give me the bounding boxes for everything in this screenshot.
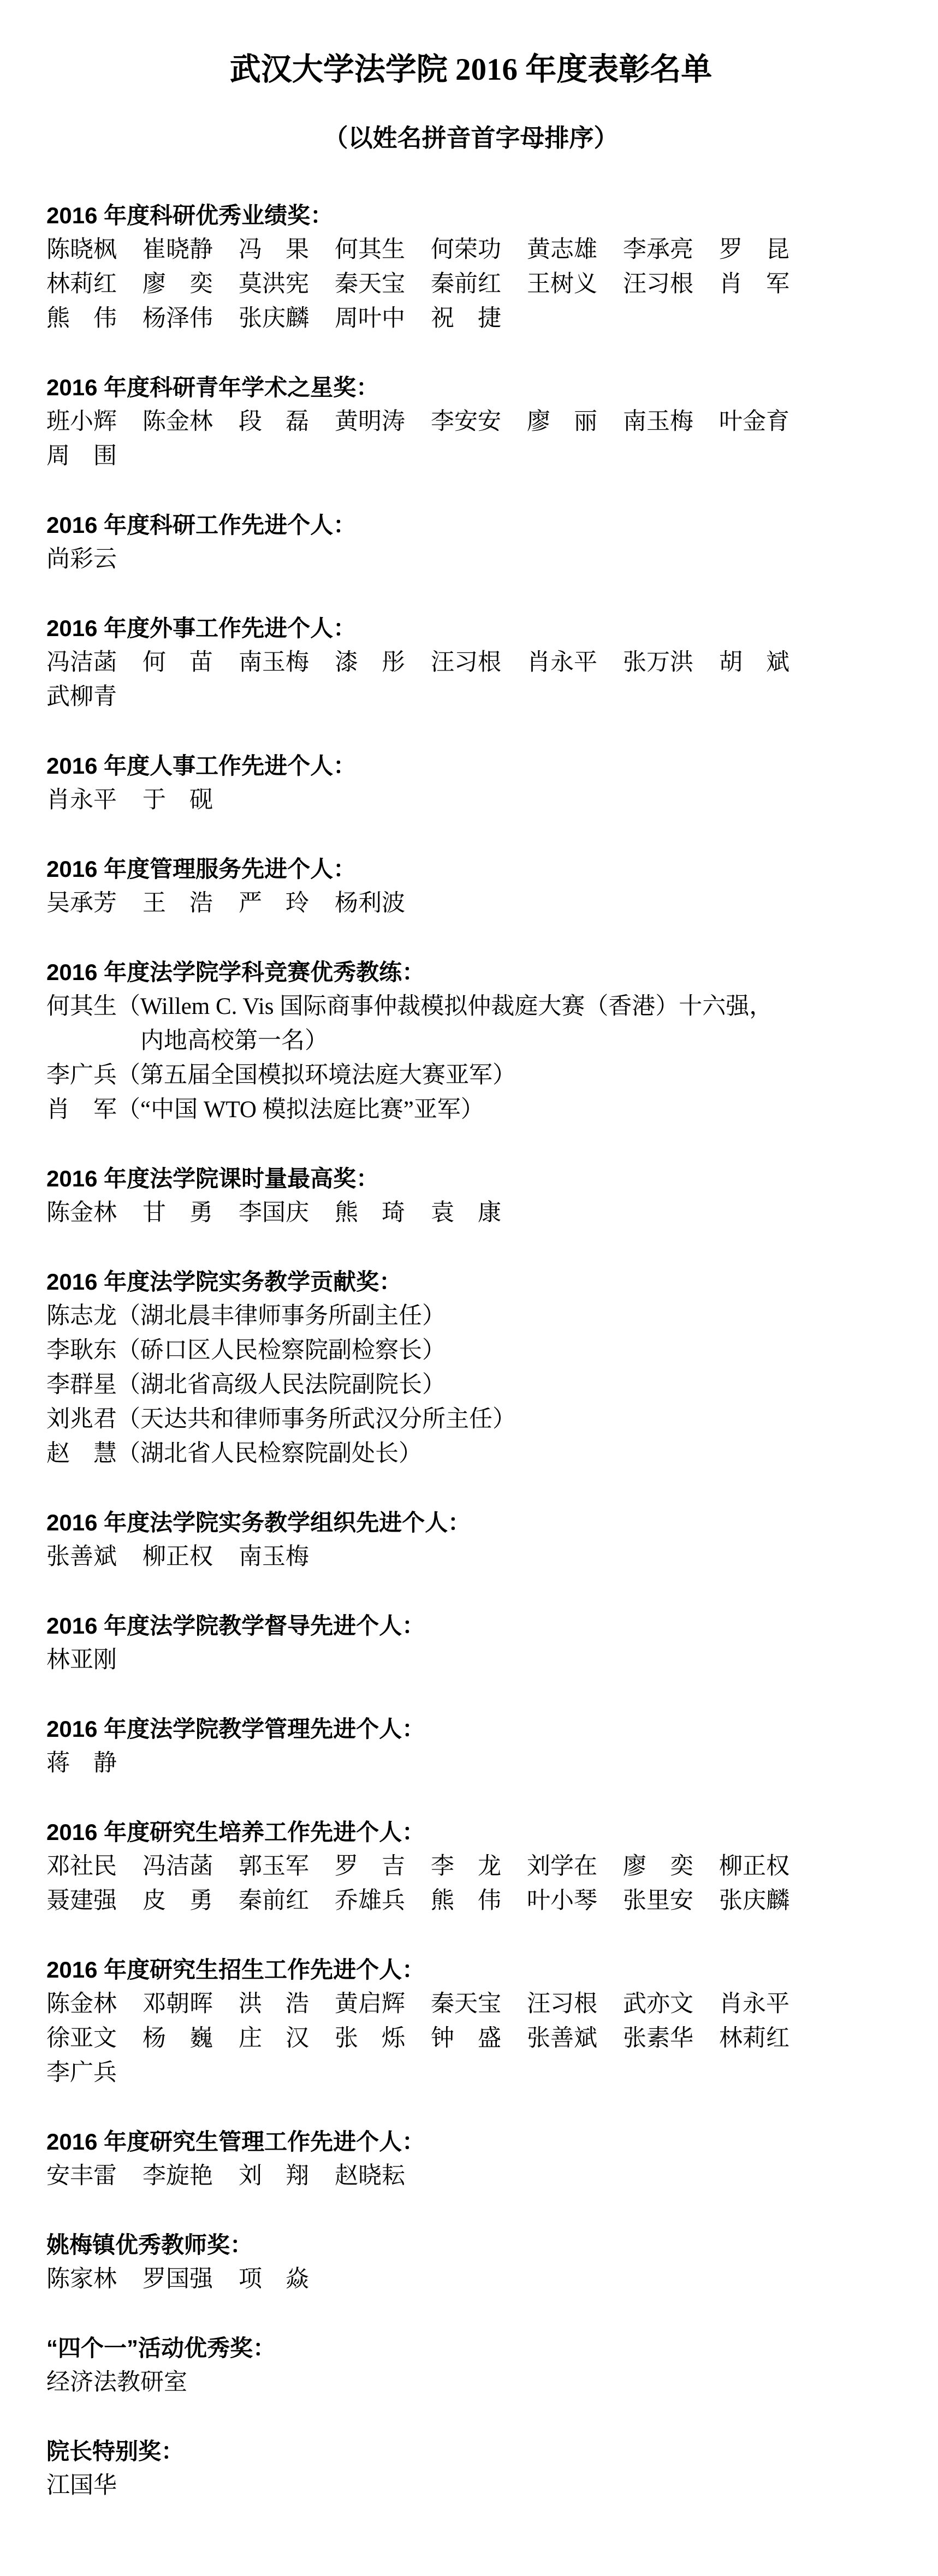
person-name: 乔雄兵 xyxy=(335,1884,431,1918)
name-line: 肖 军（“中国 WTO 模拟法庭比赛”亚军） xyxy=(46,1093,895,1127)
award-section: 姚梅镇优秀教师奖：陈家林罗国强项 焱 xyxy=(46,2228,895,2296)
person-name: 邓社民 xyxy=(46,1849,143,1884)
person-name: 武柳青 xyxy=(46,680,143,714)
name-line: 徐亚文杨 巍庄 汉张 烁钟 盛张善斌张素华林莉红 xyxy=(46,2021,895,2056)
person-name: 杨泽伟 xyxy=(143,301,239,336)
award-section: 院长特别奖：江国华 xyxy=(46,2434,895,2503)
person-name: 林莉红 xyxy=(46,267,143,301)
person-name: 张庆麟 xyxy=(719,1884,815,1918)
person-name: 肖永平 xyxy=(527,645,623,680)
person-name: 张庆麟 xyxy=(239,301,335,336)
award-section-title: 2016 年度研究生培养工作先进个人： xyxy=(46,1815,895,1849)
award-section: 2016 年度法学院实务教学贡献奖：陈志龙（湖北晨丰律师事务所副主任）李耿东（硚… xyxy=(46,1265,895,1471)
award-section-title: 2016 年度科研优秀业绩奖： xyxy=(46,198,895,233)
person-name: 黄启辉 xyxy=(335,1987,431,2021)
line-text: 陈志龙（湖北晨丰律师事务所副主任） xyxy=(46,1299,446,1333)
person-name: 聂建强 xyxy=(46,1884,143,1918)
person-name: 肖 军 xyxy=(719,267,815,301)
person-name: 秦天宝 xyxy=(431,1987,527,2021)
line-text: 李广兵（第五届全国模拟环境法庭大赛亚军） xyxy=(46,1058,516,1093)
line-text: 刘兆君（天达共和律师事务所武汉分所主任） xyxy=(46,1402,516,1437)
award-section-title: 2016 年度法学院课时量最高奖： xyxy=(46,1161,895,1196)
name-line: 张善斌柳正权南玉梅 xyxy=(46,1540,895,1574)
person-name: 熊 伟 xyxy=(46,301,143,336)
person-name: 袁 康 xyxy=(431,1196,527,1230)
person-name: 段 磊 xyxy=(239,405,335,439)
award-section: 2016 年度研究生培养工作先进个人：邓社民冯洁菡郭玉军罗 吉李 龙刘学在廖 奕… xyxy=(46,1815,895,1918)
name-line: 武柳青 xyxy=(46,680,895,714)
name-line: 熊 伟杨泽伟张庆麟周叶中祝 捷 xyxy=(46,301,895,336)
name-line: 陈金林邓朝晖洪 浩黄启辉秦天宝汪习根武亦文肖永平 xyxy=(46,1987,895,2021)
person-name: 甘 勇 xyxy=(143,1196,239,1230)
name-line: 陈晓枫崔晓静冯 果何其生何荣功黄志雄李承亮罗 昆 xyxy=(46,233,895,267)
person-name: 南玉梅 xyxy=(623,405,719,439)
person-name: 庄 汉 xyxy=(239,2021,335,2056)
person-name: 祝 捷 xyxy=(431,301,527,336)
person-name: 肖永平 xyxy=(46,783,143,817)
line-text: 李群星（湖北省高级人民法院副院长） xyxy=(46,1368,446,1402)
person-name: 吴承芳 xyxy=(46,886,143,921)
person-name: 张 烁 xyxy=(335,2021,431,2056)
award-section: 2016 年度外事工作先进个人：冯洁菡何 苗南玉梅漆 彤汪习根肖永平张万洪胡 斌… xyxy=(46,611,895,714)
name-line: 肖永平于 砚 xyxy=(46,783,895,817)
person-name: 周叶中 xyxy=(335,301,431,336)
award-section: 2016 年度人事工作先进个人：肖永平于 砚 xyxy=(46,749,895,817)
name-line: 周 围 xyxy=(46,439,895,473)
award-section-title: “四个一”活动优秀奖： xyxy=(46,2331,895,2365)
award-section: 2016 年度法学院学科竞赛优秀教练：何其生（Willem C. Vis 国际商… xyxy=(46,955,895,1127)
person-name: 陈晓枫 xyxy=(46,233,143,267)
person-name: 李国庆 xyxy=(239,1196,335,1230)
document-page: 武汉大学法学院 2016 年度表彰名单 （以姓名拼音首字母排序） 2016 年度… xyxy=(0,0,938,2576)
line-text: 经济法教研室 xyxy=(46,2365,187,2400)
person-name: 陈金林 xyxy=(143,405,239,439)
person-name: 张善斌 xyxy=(527,2021,623,2056)
name-line: 安丰雷李旋艳刘 翔赵晓耘 xyxy=(46,2159,895,2193)
award-section: 2016 年度法学院实务教学组织先进个人：张善斌柳正权南玉梅 xyxy=(46,1505,895,1574)
person-name: 李广兵 xyxy=(46,2056,143,2090)
person-name: 熊 琦 xyxy=(335,1196,431,1230)
person-name: 秦前红 xyxy=(239,1884,335,1918)
person-name: 刘 翔 xyxy=(239,2159,335,2193)
award-sections: 2016 年度科研优秀业绩奖：陈晓枫崔晓静冯 果何其生何荣功黄志雄李承亮罗 昆林… xyxy=(46,198,895,2503)
person-name: 柳正权 xyxy=(143,1540,239,1574)
award-section-title: 2016 年度研究生招生工作先进个人： xyxy=(46,1952,895,1987)
line-text: 赵 慧（湖北省人民检察院副处长） xyxy=(46,1437,422,1471)
award-section-title: 2016 年度法学院实务教学组织先进个人： xyxy=(46,1505,895,1540)
award-section-title: 2016 年度法学院教学督导先进个人： xyxy=(46,1608,895,1643)
person-name: 南玉梅 xyxy=(239,645,335,680)
name-line: 尚彩云 xyxy=(46,542,895,577)
award-section-title: 2016 年度法学院学科竞赛优秀教练： xyxy=(46,955,895,989)
person-name: 何其生 xyxy=(335,233,431,267)
name-line: 李群星（湖北省高级人民法院副院长） xyxy=(46,1368,895,1402)
award-section-title: 2016 年度外事工作先进个人： xyxy=(46,611,895,645)
person-name: 罗 昆 xyxy=(719,233,815,267)
award-section: 2016 年度研究生招生工作先进个人：陈金林邓朝晖洪 浩黄启辉秦天宝汪习根武亦文… xyxy=(46,1952,895,2090)
person-name: 蒋 静 xyxy=(46,1746,143,1780)
person-name: 赵晓耘 xyxy=(335,2159,431,2193)
person-name: 皮 勇 xyxy=(143,1884,239,1918)
person-name: 肖永平 xyxy=(719,1987,815,2021)
person-name: 江国华 xyxy=(46,2468,143,2503)
person-name: 钟 盛 xyxy=(431,2021,527,2056)
person-name: 林莉红 xyxy=(719,2021,815,2056)
name-line: 冯洁菡何 苗南玉梅漆 彤汪习根肖永平张万洪胡 斌 xyxy=(46,645,895,680)
person-name: 李旋艳 xyxy=(143,2159,239,2193)
person-name: 熊 伟 xyxy=(431,1884,527,1918)
person-name: 张里安 xyxy=(623,1884,719,1918)
line-text: 内地高校第一名） xyxy=(46,1024,328,1058)
person-name: 胡 斌 xyxy=(719,645,815,680)
person-name: 李承亮 xyxy=(623,233,719,267)
person-name: 冯洁菡 xyxy=(143,1849,239,1884)
person-name: 秦天宝 xyxy=(335,267,431,301)
person-name: 杨 巍 xyxy=(143,2021,239,2056)
award-section-title: 2016 年度科研工作先进个人： xyxy=(46,508,895,542)
name-line: 吴承芳王 浩严 玲杨利波 xyxy=(46,886,895,921)
award-section-title: 姚梅镇优秀教师奖： xyxy=(46,2228,895,2262)
person-name: 林亚刚 xyxy=(46,1643,143,1677)
award-section-title: 2016 年度人事工作先进个人： xyxy=(46,749,895,783)
award-section-title: 院长特别奖： xyxy=(46,2434,895,2468)
person-name: 邓朝晖 xyxy=(143,1987,239,2021)
person-name: 周 围 xyxy=(46,439,143,473)
person-name: 陈家林 xyxy=(46,2262,143,2296)
person-name: 洪 浩 xyxy=(239,1987,335,2021)
award-section-title: 2016 年度管理服务先进个人： xyxy=(46,852,895,886)
person-name: 李安安 xyxy=(431,405,527,439)
person-name: 杨利波 xyxy=(335,886,431,921)
person-name: 王 浩 xyxy=(143,886,239,921)
name-line: 林莉红廖 奕莫洪宪秦天宝秦前红王树义汪习根肖 军 xyxy=(46,267,895,301)
person-name: 黄志雄 xyxy=(527,233,623,267)
line-text: 李耿东（硚口区人民检察院副检察长） xyxy=(46,1333,446,1368)
name-line: 聂建强皮 勇秦前红乔雄兵熊 伟叶小琴张里安张庆麟 xyxy=(46,1884,895,1918)
person-name: 武亦文 xyxy=(623,1987,719,2021)
person-name: 叶金育 xyxy=(719,405,815,439)
name-line: 班小辉陈金林段 磊黄明涛李安安廖 丽南玉梅叶金育 xyxy=(46,405,895,439)
name-line: 李广兵（第五届全国模拟环境法庭大赛亚军） xyxy=(46,1058,895,1093)
person-name: 南玉梅 xyxy=(239,1540,335,1574)
name-line: 刘兆君（天达共和律师事务所武汉分所主任） xyxy=(46,1402,895,1437)
person-name: 廖 奕 xyxy=(143,267,239,301)
name-line: 陈金林甘 勇李国庆熊 琦袁 康 xyxy=(46,1196,895,1230)
person-name: 冯洁菡 xyxy=(46,645,143,680)
line-text: 肖 军（“中国 WTO 模拟法庭比赛”亚军） xyxy=(46,1093,484,1127)
person-name: 徐亚文 xyxy=(46,2021,143,2056)
award-section: 2016 年度法学院教学督导先进个人：林亚刚 xyxy=(46,1608,895,1677)
award-section: “四个一”活动优秀奖：经济法教研室 xyxy=(46,2331,895,2400)
person-name: 王树义 xyxy=(527,267,623,301)
name-line: 内地高校第一名） xyxy=(46,1024,895,1058)
person-name: 漆 彤 xyxy=(335,645,431,680)
person-name: 陈金林 xyxy=(46,1196,143,1230)
person-name: 严 玲 xyxy=(239,886,335,921)
name-line: 陈家林罗国强项 焱 xyxy=(46,2262,895,2296)
award-section: 2016 年度法学院教学管理先进个人：蒋 静 xyxy=(46,1712,895,1780)
person-name: 廖 丽 xyxy=(527,405,623,439)
person-name: 廖 奕 xyxy=(623,1849,719,1884)
person-name: 陈金林 xyxy=(46,1987,143,2021)
person-name: 安丰雷 xyxy=(46,2159,143,2193)
person-name: 何 苗 xyxy=(143,645,239,680)
page-subtitle: （以姓名拼音首字母排序） xyxy=(46,119,895,157)
person-name: 崔晓静 xyxy=(143,233,239,267)
person-name: 柳正权 xyxy=(719,1849,815,1884)
name-line: 何其生（Willem C. Vis 国际商事仲裁模拟仲裁庭大赛（香港）十六强， xyxy=(46,989,895,1024)
person-name: 张素华 xyxy=(623,2021,719,2056)
person-name: 何荣功 xyxy=(431,233,527,267)
person-name: 项 焱 xyxy=(239,2262,335,2296)
person-name: 汪习根 xyxy=(527,1987,623,2021)
award-section: 2016 年度科研青年学术之星奖：班小辉陈金林段 磊黄明涛李安安廖 丽南玉梅叶金… xyxy=(46,370,895,473)
award-section: 2016 年度研究生管理工作先进个人：安丰雷李旋艳刘 翔赵晓耘 xyxy=(46,2124,895,2193)
award-section: 2016 年度法学院课时量最高奖：陈金林甘 勇李国庆熊 琦袁 康 xyxy=(46,1161,895,1230)
award-section: 2016 年度科研工作先进个人：尚彩云 xyxy=(46,508,895,577)
person-name: 尚彩云 xyxy=(46,542,143,577)
person-name: 李 龙 xyxy=(431,1849,527,1884)
award-section-title: 2016 年度研究生管理工作先进个人： xyxy=(46,2124,895,2159)
person-name: 冯 果 xyxy=(239,233,335,267)
line-text: 何其生（Willem C. Vis 国际商事仲裁模拟仲裁庭大赛（香港）十六强， xyxy=(46,989,773,1024)
award-section-title: 2016 年度科研青年学术之星奖： xyxy=(46,370,895,405)
name-line: 邓社民冯洁菡郭玉军罗 吉李 龙刘学在廖 奕柳正权 xyxy=(46,1849,895,1884)
award-section: 2016 年度科研优秀业绩奖：陈晓枫崔晓静冯 果何其生何荣功黄志雄李承亮罗 昆林… xyxy=(46,198,895,336)
person-name: 莫洪宪 xyxy=(239,267,335,301)
person-name: 汪习根 xyxy=(431,645,527,680)
name-line: 林亚刚 xyxy=(46,1643,895,1677)
person-name: 罗 吉 xyxy=(335,1849,431,1884)
person-name: 罗国强 xyxy=(143,2262,239,2296)
person-name: 叶小琴 xyxy=(527,1884,623,1918)
person-name: 秦前红 xyxy=(431,267,527,301)
person-name: 班小辉 xyxy=(46,405,143,439)
name-line: 李广兵 xyxy=(46,2056,895,2090)
name-line: 陈志龙（湖北晨丰律师事务所副主任） xyxy=(46,1299,895,1333)
name-line: 赵 慧（湖北省人民检察院副处长） xyxy=(46,1437,895,1471)
person-name: 黄明涛 xyxy=(335,405,431,439)
person-name: 于 砚 xyxy=(143,783,239,817)
name-line: 江国华 xyxy=(46,2468,895,2503)
page-title: 武汉大学法学院 2016 年度表彰名单 xyxy=(46,48,895,92)
name-line: 蒋 静 xyxy=(46,1746,895,1780)
person-name: 汪习根 xyxy=(623,267,719,301)
award-section-title: 2016 年度法学院教学管理先进个人： xyxy=(46,1712,895,1746)
person-name: 刘学在 xyxy=(527,1849,623,1884)
award-section: 2016 年度管理服务先进个人：吴承芳王 浩严 玲杨利波 xyxy=(46,852,895,921)
person-name: 张善斌 xyxy=(46,1540,143,1574)
person-name: 张万洪 xyxy=(623,645,719,680)
name-line: 李耿东（硚口区人民检察院副检察长） xyxy=(46,1333,895,1368)
person-name: 郭玉军 xyxy=(239,1849,335,1884)
award-section-title: 2016 年度法学院实务教学贡献奖： xyxy=(46,1265,895,1299)
name-line: 经济法教研室 xyxy=(46,2365,895,2400)
